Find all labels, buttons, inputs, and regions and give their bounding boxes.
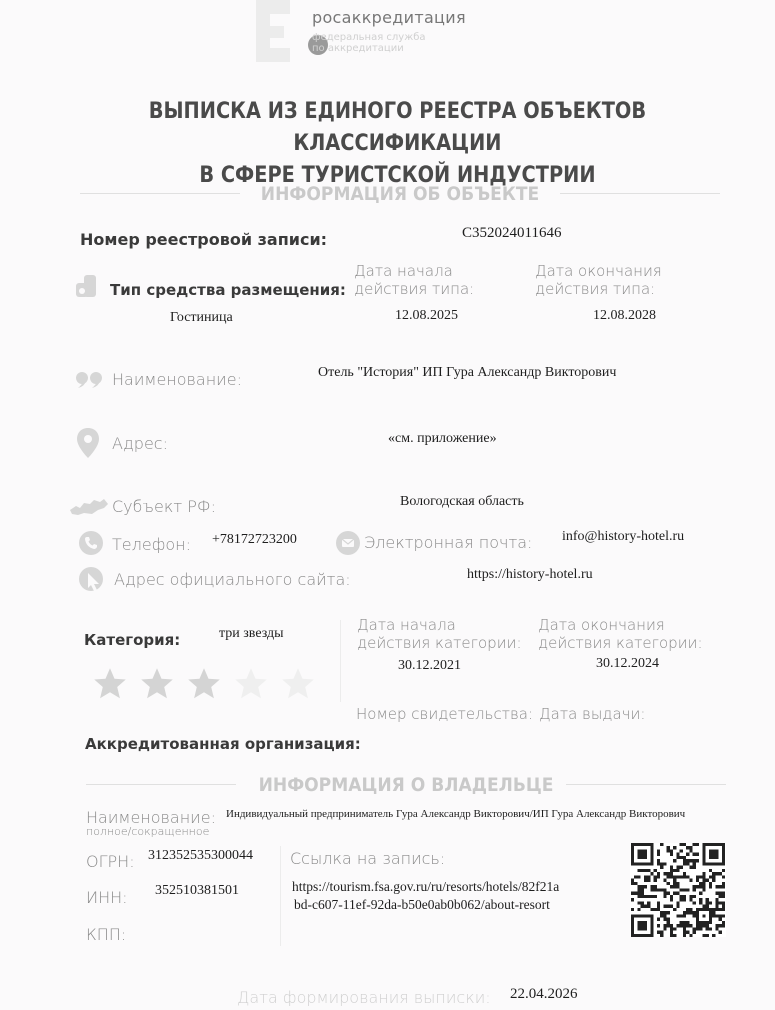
phone-label: Телефон: bbox=[112, 535, 191, 554]
org-subtitle-1: федеральная служба bbox=[312, 32, 426, 43]
inn-label: ИНН: bbox=[86, 888, 128, 907]
email-icon bbox=[336, 531, 360, 555]
title-line-1: ВЫПИСКА ИЗ ЕДИНОГО РЕЕСТРА ОБЪЕКТОВ КЛАС… bbox=[48, 96, 748, 160]
phone-icon bbox=[79, 531, 103, 555]
website-label: Адрес официального сайта: bbox=[114, 570, 351, 589]
record-link-label: Ссылка на запись: bbox=[290, 849, 445, 868]
category-start-label: Дата начала действия категории: bbox=[357, 616, 522, 652]
email-value[interactable]: info@history-hotel.ru bbox=[562, 529, 684, 545]
generated-date-label: Дата формирования выписки: bbox=[237, 988, 491, 1007]
type-start-label: Дата начала действия типа: bbox=[354, 262, 474, 298]
star-rating bbox=[92, 666, 327, 702]
object-name-value: Отель "История" ИП Гура Александр Виктор… bbox=[318, 365, 616, 381]
category-start-value: 30.12.2021 bbox=[398, 658, 461, 674]
inn-value: 352510381501 bbox=[155, 883, 239, 899]
owner-name-value: Индивидуальный предприниматель Гура Алек… bbox=[226, 808, 685, 820]
section-title: ИНФОРМАЦИЯ ОБ ОБЪЕКТЕ bbox=[112, 183, 688, 205]
type-end-label: Дата окончания действия типа: bbox=[535, 262, 662, 298]
section-title: ИНФОРМАЦИЯ О ВЛАДЕЛЬЦЕ bbox=[118, 774, 694, 796]
kpp-label: КПП: bbox=[86, 925, 126, 944]
registry-number-label: Номер реестровой записи: bbox=[80, 230, 327, 249]
star-filled-icon bbox=[139, 666, 175, 702]
object-name-label: Наименование: bbox=[112, 370, 242, 389]
region-label: Субъект РФ: bbox=[112, 497, 216, 516]
region-value: Вологодская область bbox=[400, 494, 524, 510]
accommodation-type-label: Тип средства размещения: bbox=[110, 281, 346, 299]
registry-number-value: С352024011646 bbox=[462, 225, 561, 242]
star-empty-icon bbox=[280, 666, 316, 702]
type-end-value: 12.08.2028 bbox=[593, 308, 656, 324]
phone-value[interactable]: +78172723200 bbox=[212, 532, 297, 548]
quote-icon bbox=[75, 372, 103, 388]
type-start-value: 12.08.2025 bbox=[395, 308, 458, 324]
email-label: Электронная почта: bbox=[364, 533, 532, 552]
section-owner-info: ИНФОРМАЦИЯ О ВЛАДЕЛЬЦЕ bbox=[86, 774, 726, 794]
map-pin-icon bbox=[77, 428, 99, 458]
star-empty-icon bbox=[233, 666, 269, 702]
generated-date-value: 22.04.2026 bbox=[510, 986, 578, 1003]
section-object-info: ИНФОРМАЦИЯ ОБ ОБЪЕКТЕ bbox=[80, 183, 720, 203]
certificate-number-label: Номер свидетельства: bbox=[356, 705, 533, 723]
website-value[interactable]: https://history-hotel.ru bbox=[467, 567, 593, 583]
category-label: Категория: bbox=[84, 631, 180, 649]
category-end-value: 30.12.2024 bbox=[596, 656, 659, 672]
accredited-org-label: Аккредитованная организация: bbox=[85, 735, 361, 753]
vertical-divider bbox=[280, 846, 281, 946]
category-end-label: Дата окончания действия категории: bbox=[538, 616, 703, 652]
accommodation-type-value: Гостиница bbox=[170, 310, 233, 326]
address-label: Адрес: bbox=[112, 434, 168, 453]
record-link-value[interactable]: https://tourism.fsa.gov.ru/ru/resorts/ho… bbox=[292, 878, 559, 914]
issue-date-label: Дата выдачи: bbox=[539, 705, 645, 723]
org-name: росаккредитация bbox=[312, 8, 466, 27]
address-value: «см. приложение» bbox=[388, 431, 497, 447]
ogrn-label: ОГРН: bbox=[86, 852, 135, 871]
org-subtitle-2: по аккредитации bbox=[312, 43, 404, 54]
qr-code bbox=[630, 843, 726, 937]
star-filled-icon bbox=[92, 666, 128, 702]
ogrn-value: 312352535300044 bbox=[148, 848, 253, 864]
russia-map-icon bbox=[70, 498, 108, 516]
building-icon bbox=[74, 274, 98, 298]
document-title: ВЫПИСКА ИЗ ЕДИНОГО РЕЕСТРА ОБЪЕКТОВ КЛАС… bbox=[48, 96, 748, 192]
category-value: три звезды bbox=[219, 626, 284, 642]
website-cursor-icon bbox=[79, 567, 105, 591]
owner-name-sublabel: полное/сокращенное bbox=[86, 825, 209, 838]
star-filled-icon bbox=[186, 666, 222, 702]
vertical-divider bbox=[340, 620, 341, 702]
rosaccreditation-logo-icon bbox=[250, 0, 308, 62]
